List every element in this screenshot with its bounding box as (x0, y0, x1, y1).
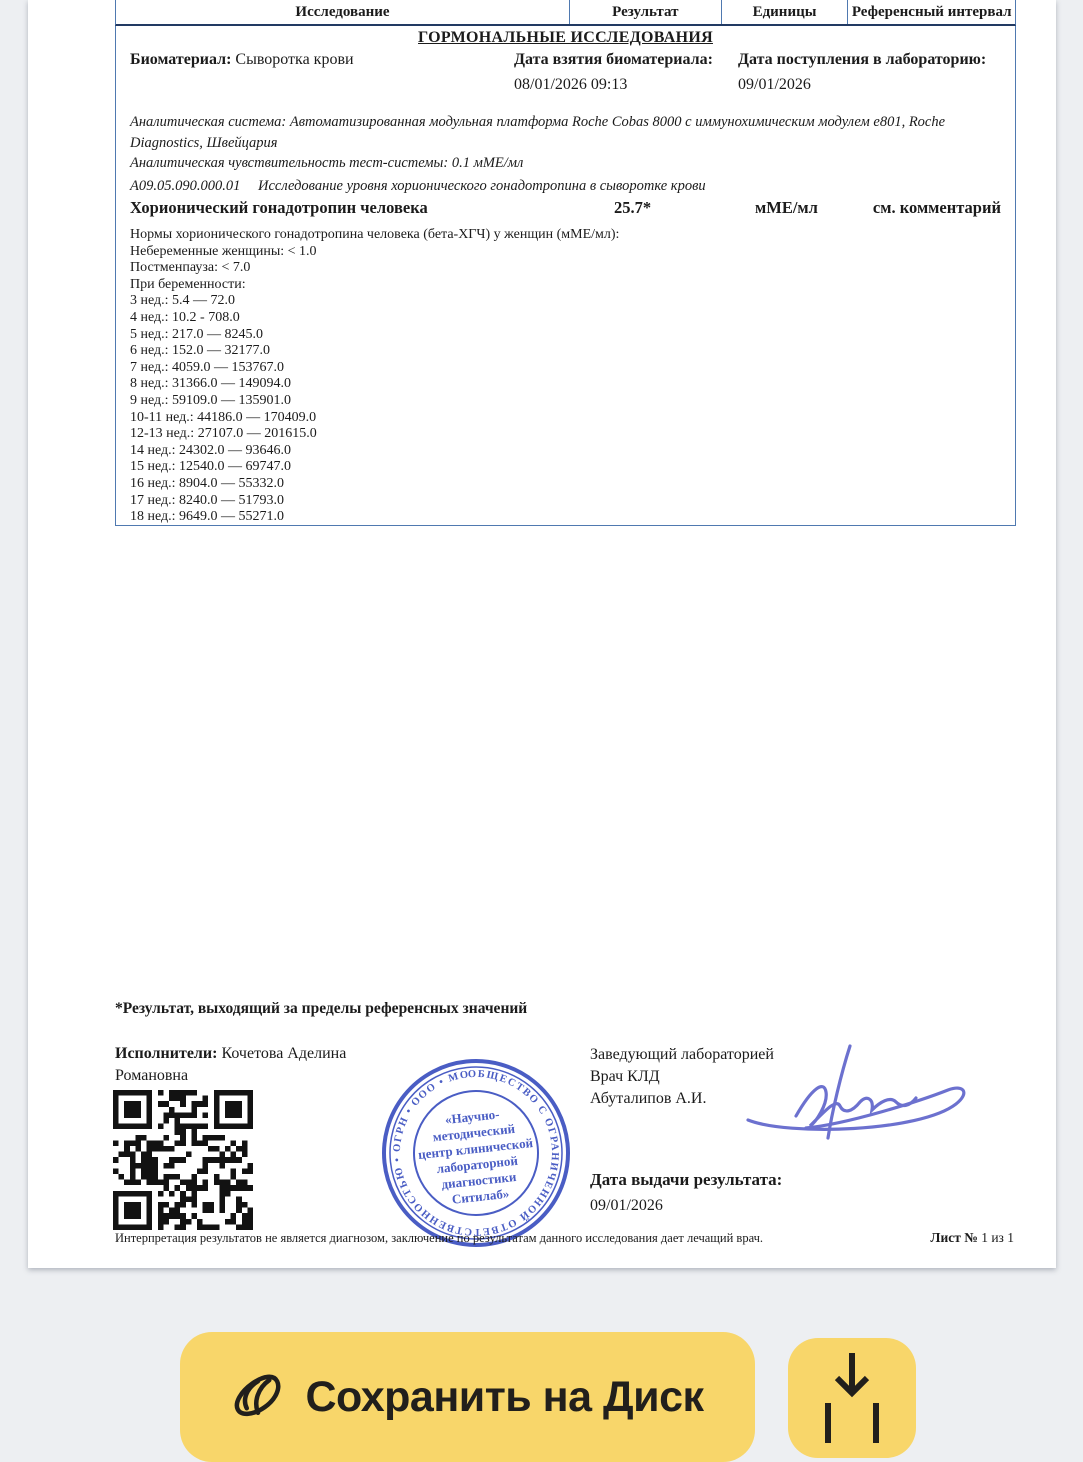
executors-block: Исполнители: Кочетова Аделина Романовна (115, 1043, 377, 1087)
analytical-system-line: Аналитическая система: Автоматизированна… (130, 112, 1002, 154)
column-header-units: Единицы (722, 0, 849, 24)
save-to-disk-label: Сохранить на Диск (305, 1373, 703, 1401)
document-page: Исследование Результат Единицы Референсн… (28, 0, 1056, 1268)
hormonal-section: ГОРМОНАЛЬНЫЕ ИССЛЕДОВАНИЯ Биоматериал: С… (115, 26, 1016, 526)
test-code: A09.05.090.000.01 (130, 178, 240, 194)
date-received-label: Дата поступления в лабораторию: (738, 51, 1018, 69)
norm-line: 10-11 нед.: 44186.0 — 170409.0 (130, 410, 619, 427)
sheet-value: 1 из 1 (981, 1230, 1014, 1245)
norm-line: При беременности: (130, 277, 619, 294)
column-header-study: Исследование (116, 0, 570, 24)
sheet-number: Лист № 1 из 1 (930, 1230, 1014, 1246)
norm-line: 17 нед.: 8240.0 — 51793.0 (130, 493, 619, 510)
norm-line: 15 нед.: 12540.0 — 69747.0 (130, 459, 619, 476)
out-of-range-footnote: *Результат, выходящий за пределы референ… (115, 1000, 527, 1018)
date-taken-label: Дата взятия биоматериала: (514, 51, 713, 69)
download-button[interactable] (788, 1338, 916, 1400)
biomaterial-label: Биоматериал: (130, 51, 231, 68)
norm-line: 4 нед.: 10.2 - 708.0 (130, 310, 619, 327)
analytical-sensitivity-line: Аналитическая чувствительность тест-сист… (130, 155, 523, 172)
qr-code (113, 1090, 253, 1230)
issue-date-value: 09/01/2026 (590, 1197, 663, 1215)
column-header-reference: Референсный интервал (848, 0, 1015, 24)
test-code-line: A09.05.090.000.01 Исследование уровня хо… (130, 178, 706, 195)
sheet-label: Лист № (930, 1230, 977, 1245)
date-received-value: 09/01/2026 (738, 76, 811, 94)
save-to-disk-button[interactable]: Сохранить на Диск (180, 1332, 755, 1400)
signature (728, 1040, 978, 1150)
result-units: мМЕ/мл (755, 198, 818, 218)
norm-line: Постменпауза: < 7.0 (130, 260, 619, 277)
norm-line: 7 нед.: 4059.0 — 153767.0 (130, 360, 619, 377)
norm-line: 16 нед.: 8904.0 — 55332.0 (130, 476, 619, 493)
analyte-name: Хорионический гонадотропин человека (130, 198, 428, 218)
column-header-result: Результат (570, 0, 722, 24)
executors-label: Исполнители: (115, 1045, 217, 1062)
download-icon (823, 1351, 881, 1400)
norm-line: 6 нед.: 152.0 — 32177.0 (130, 343, 619, 360)
norm-line: Нормы хорионического гонадотропина челов… (130, 227, 619, 244)
test-description: Исследование уровня хорионического гонад… (258, 178, 706, 194)
date-taken-value: 08/01/2026 09:13 (514, 76, 627, 94)
results-table-header: Исследование Результат Единицы Референсн… (115, 0, 1016, 26)
section-title: ГОРМОНАЛЬНЫЕ ИССЛЕДОВАНИЯ (116, 29, 1015, 47)
norm-line: Небеременные женщины: < 1.0 (130, 244, 619, 261)
biomaterial-line: Биоматериал: Сыворотка крови (130, 51, 354, 69)
issue-date-label: Дата выдачи результата: (590, 1170, 782, 1190)
norms-list: Нормы хорионического гонадотропина челов… (130, 227, 619, 526)
norm-line: 9 нед.: 59109.0 — 135901.0 (130, 393, 619, 410)
norm-line: 5 нед.: 217.0 — 8245.0 (130, 327, 619, 344)
result-reference: см. комментарий (873, 198, 1001, 218)
result-value: 25.7* (614, 198, 651, 218)
norm-line: 12-13 нед.: 27107.0 — 201615.0 (130, 426, 619, 443)
biomaterial-value: Сыворотка крови (235, 51, 353, 68)
result-row: Хорионический гонадотропин человека 25.7… (116, 198, 1015, 220)
disclaimer-text: Интерпретация результатов не является ди… (115, 1231, 763, 1246)
norm-line: 18 нед.: 9649.0 — 55271.0 (130, 509, 619, 526)
norm-line: 14 нед.: 24302.0 — 93646.0 (130, 443, 619, 460)
yandex-disk-icon (231, 1370, 285, 1400)
norm-line: 3 нед.: 5.4 — 72.0 (130, 293, 619, 310)
norm-line: 8 нед.: 31366.0 — 149094.0 (130, 376, 619, 393)
laboratory-stamp: ОБЩЕСТВО С ОГРАНИЧЕННОЙ ОТВЕТСТВЕННОСТЬЮ… (368, 1045, 583, 1260)
